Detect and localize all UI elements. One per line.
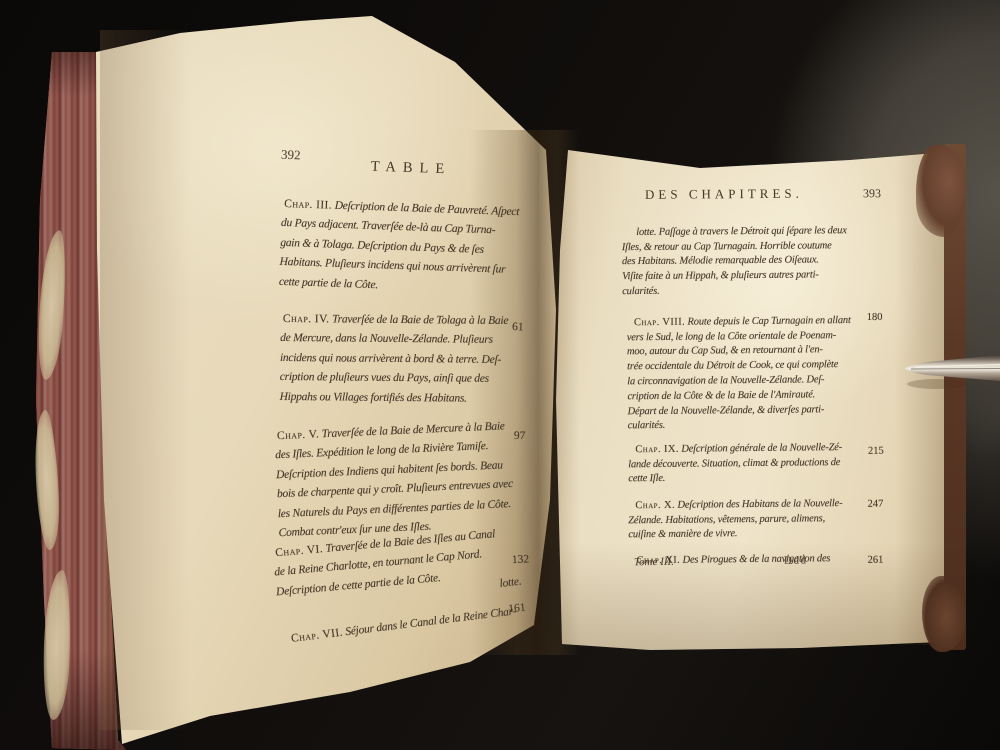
signature-line: Tome III. Ddd <box>622 553 884 570</box>
book-photo: 392 TABLE Chap. III. Deſcription de la B… <box>0 0 1000 750</box>
pointer-shadow <box>907 379 967 389</box>
right-page-header: DES CHAPITRES. 393 <box>645 185 881 203</box>
chapter-text: Séjour dans le Canal de la Reine Char- <box>342 605 517 638</box>
leather-corner <box>916 145 966 237</box>
page-number-left: 392 <box>281 147 301 164</box>
chapter-label: Chap. VII. <box>290 626 343 644</box>
chapter-text: Traverſée de la Baie de Tolaga à la Baie… <box>272 313 509 404</box>
pointer-seam <box>911 369 1000 370</box>
metal-pointer <box>855 339 1000 399</box>
chapter-label: Chap. VIII. <box>634 316 685 328</box>
chapter-label: Chap. X. <box>635 500 675 511</box>
leather-corner <box>922 576 966 652</box>
right-page-title: DES CHAPITRES. <box>645 186 803 203</box>
chapter-text: Route depuis le Cap Turnagain en allant … <box>619 315 850 432</box>
chapter-text: lotte. Paſſage à travers le Détroit qui … <box>622 225 847 297</box>
page-number-right: 393 <box>863 186 881 201</box>
pointer-blade <box>905 355 1000 381</box>
gathering-signature: Ddd <box>784 553 808 567</box>
chapter-label: Chap. IV. <box>283 312 330 324</box>
tome-label: Tome III. <box>634 556 674 568</box>
chapter-label: Chap. V. <box>277 428 320 442</box>
chapter-text: Deſcription de la Baie de Pauvreté. Aſpe… <box>271 199 520 291</box>
catchword: lotte. <box>499 572 523 594</box>
chapter-label: Chap. VI. <box>275 543 324 559</box>
chapter-label: Chap. IX. <box>635 444 679 455</box>
chapter-label: Chap. III. <box>284 197 332 211</box>
